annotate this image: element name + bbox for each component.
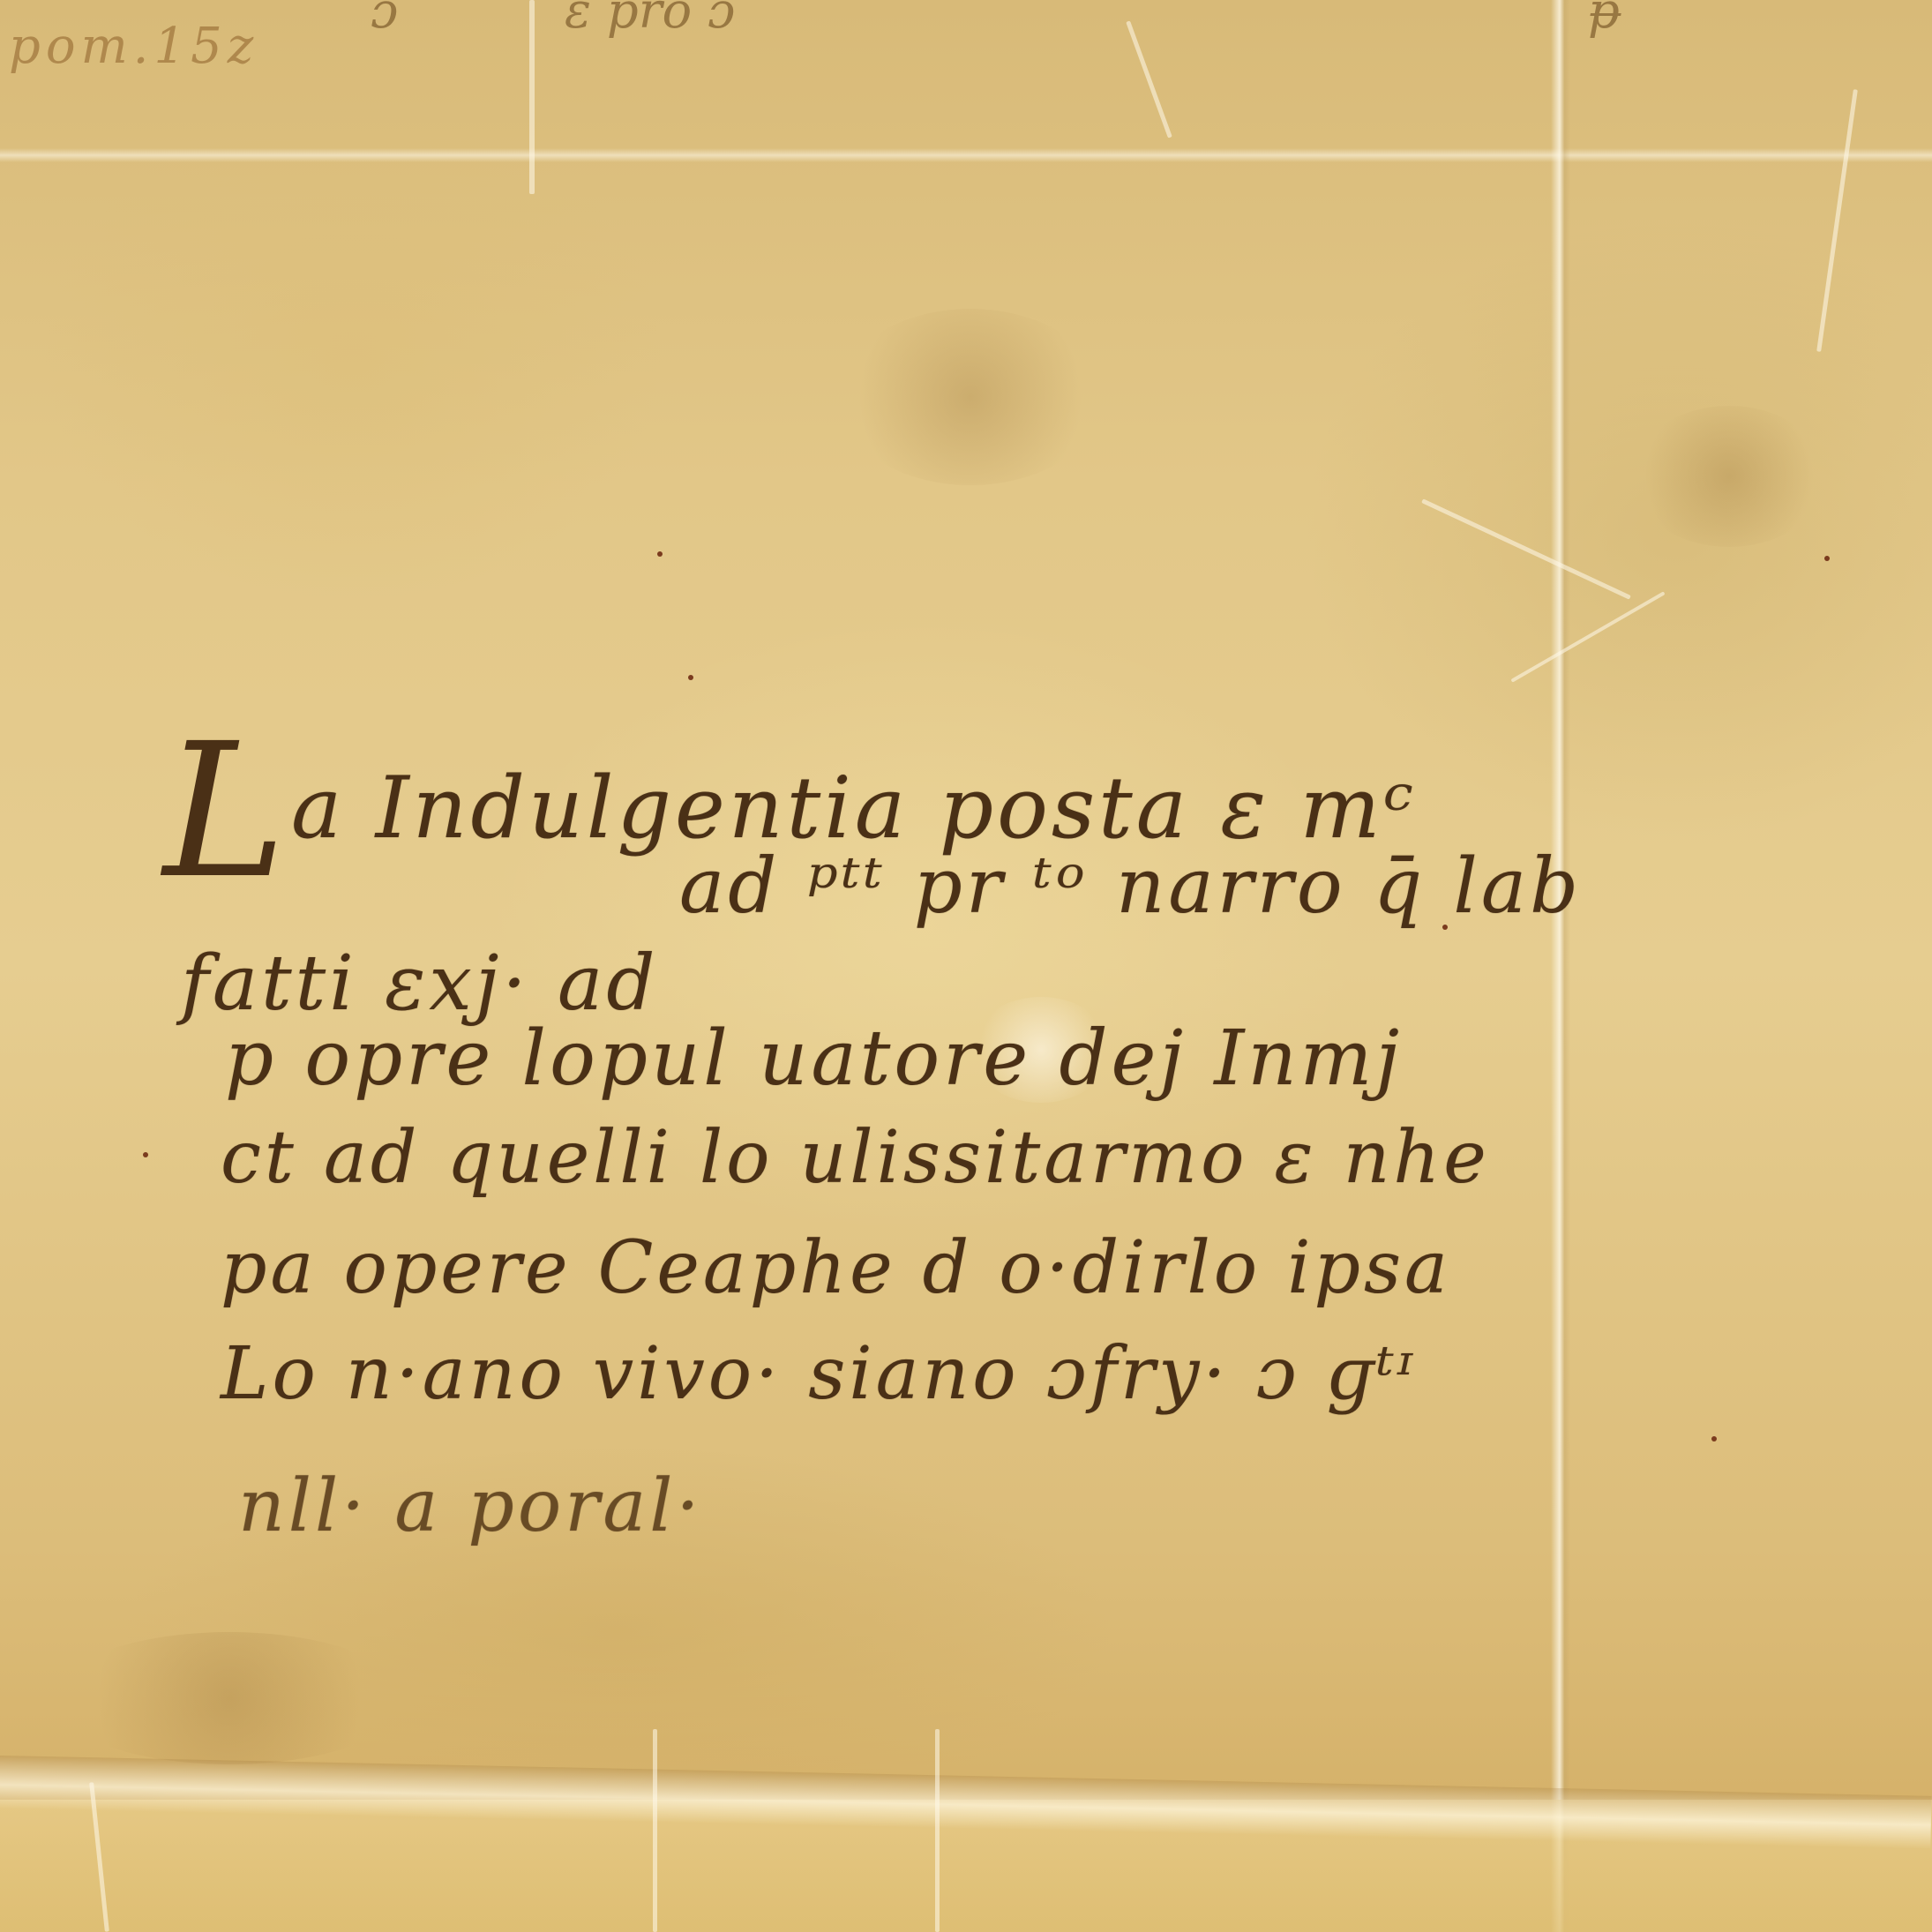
crease-line — [1126, 20, 1172, 138]
manuscript-line-8: nll· a poral· — [238, 1464, 703, 1548]
vertical-fold — [1551, 0, 1570, 1932]
crease-line — [1421, 498, 1631, 599]
stain — [53, 1632, 406, 1764]
horizontal-fold-top — [0, 148, 1932, 162]
manuscript-line-5: ct ad quelli lo ulissitarmo ɛ nhe — [221, 1116, 1490, 1200]
crease-line — [1816, 89, 1858, 352]
ink-speck — [688, 675, 693, 680]
ink-speck — [1711, 1436, 1717, 1442]
ink-speck — [143, 1152, 148, 1157]
decorated-initial: L — [163, 719, 286, 904]
crease-line — [935, 1729, 940, 1932]
crease-line — [1510, 591, 1665, 682]
cut-off-text-fragment: ɔ — [371, 0, 398, 40]
margin-annotation: pom.15z — [9, 18, 258, 75]
manuscript-line-4: p opre lopul uatore dej Inmj — [225, 1015, 1403, 1103]
crease-line — [529, 0, 535, 194]
cut-off-text-fragment: ɛ pro ɔ — [565, 0, 735, 40]
cut-off-text-fragment: ᵽ — [1588, 0, 1620, 40]
ink-speck — [657, 551, 663, 557]
manuscript-line-6: pa opere Ceaphe d o·dirlo ipsa — [221, 1226, 1451, 1310]
manuscript-line-7: Lo n·ano vivo· siano ɔfry· ɔ ɡᵗᶦ — [221, 1332, 1416, 1416]
stain — [838, 309, 1103, 485]
ink-speck — [1824, 556, 1830, 561]
manuscript-line-2: ad ᵖᵗᵗ pr ᵗᵒ narro q̄ lab — [679, 842, 1582, 931]
crease-line — [653, 1729, 657, 1932]
parchment-document: pom.15z ɔ ɛ pro ɔ ᵽ L a Indulgentia post… — [0, 0, 1932, 1932]
stain — [1632, 406, 1826, 547]
